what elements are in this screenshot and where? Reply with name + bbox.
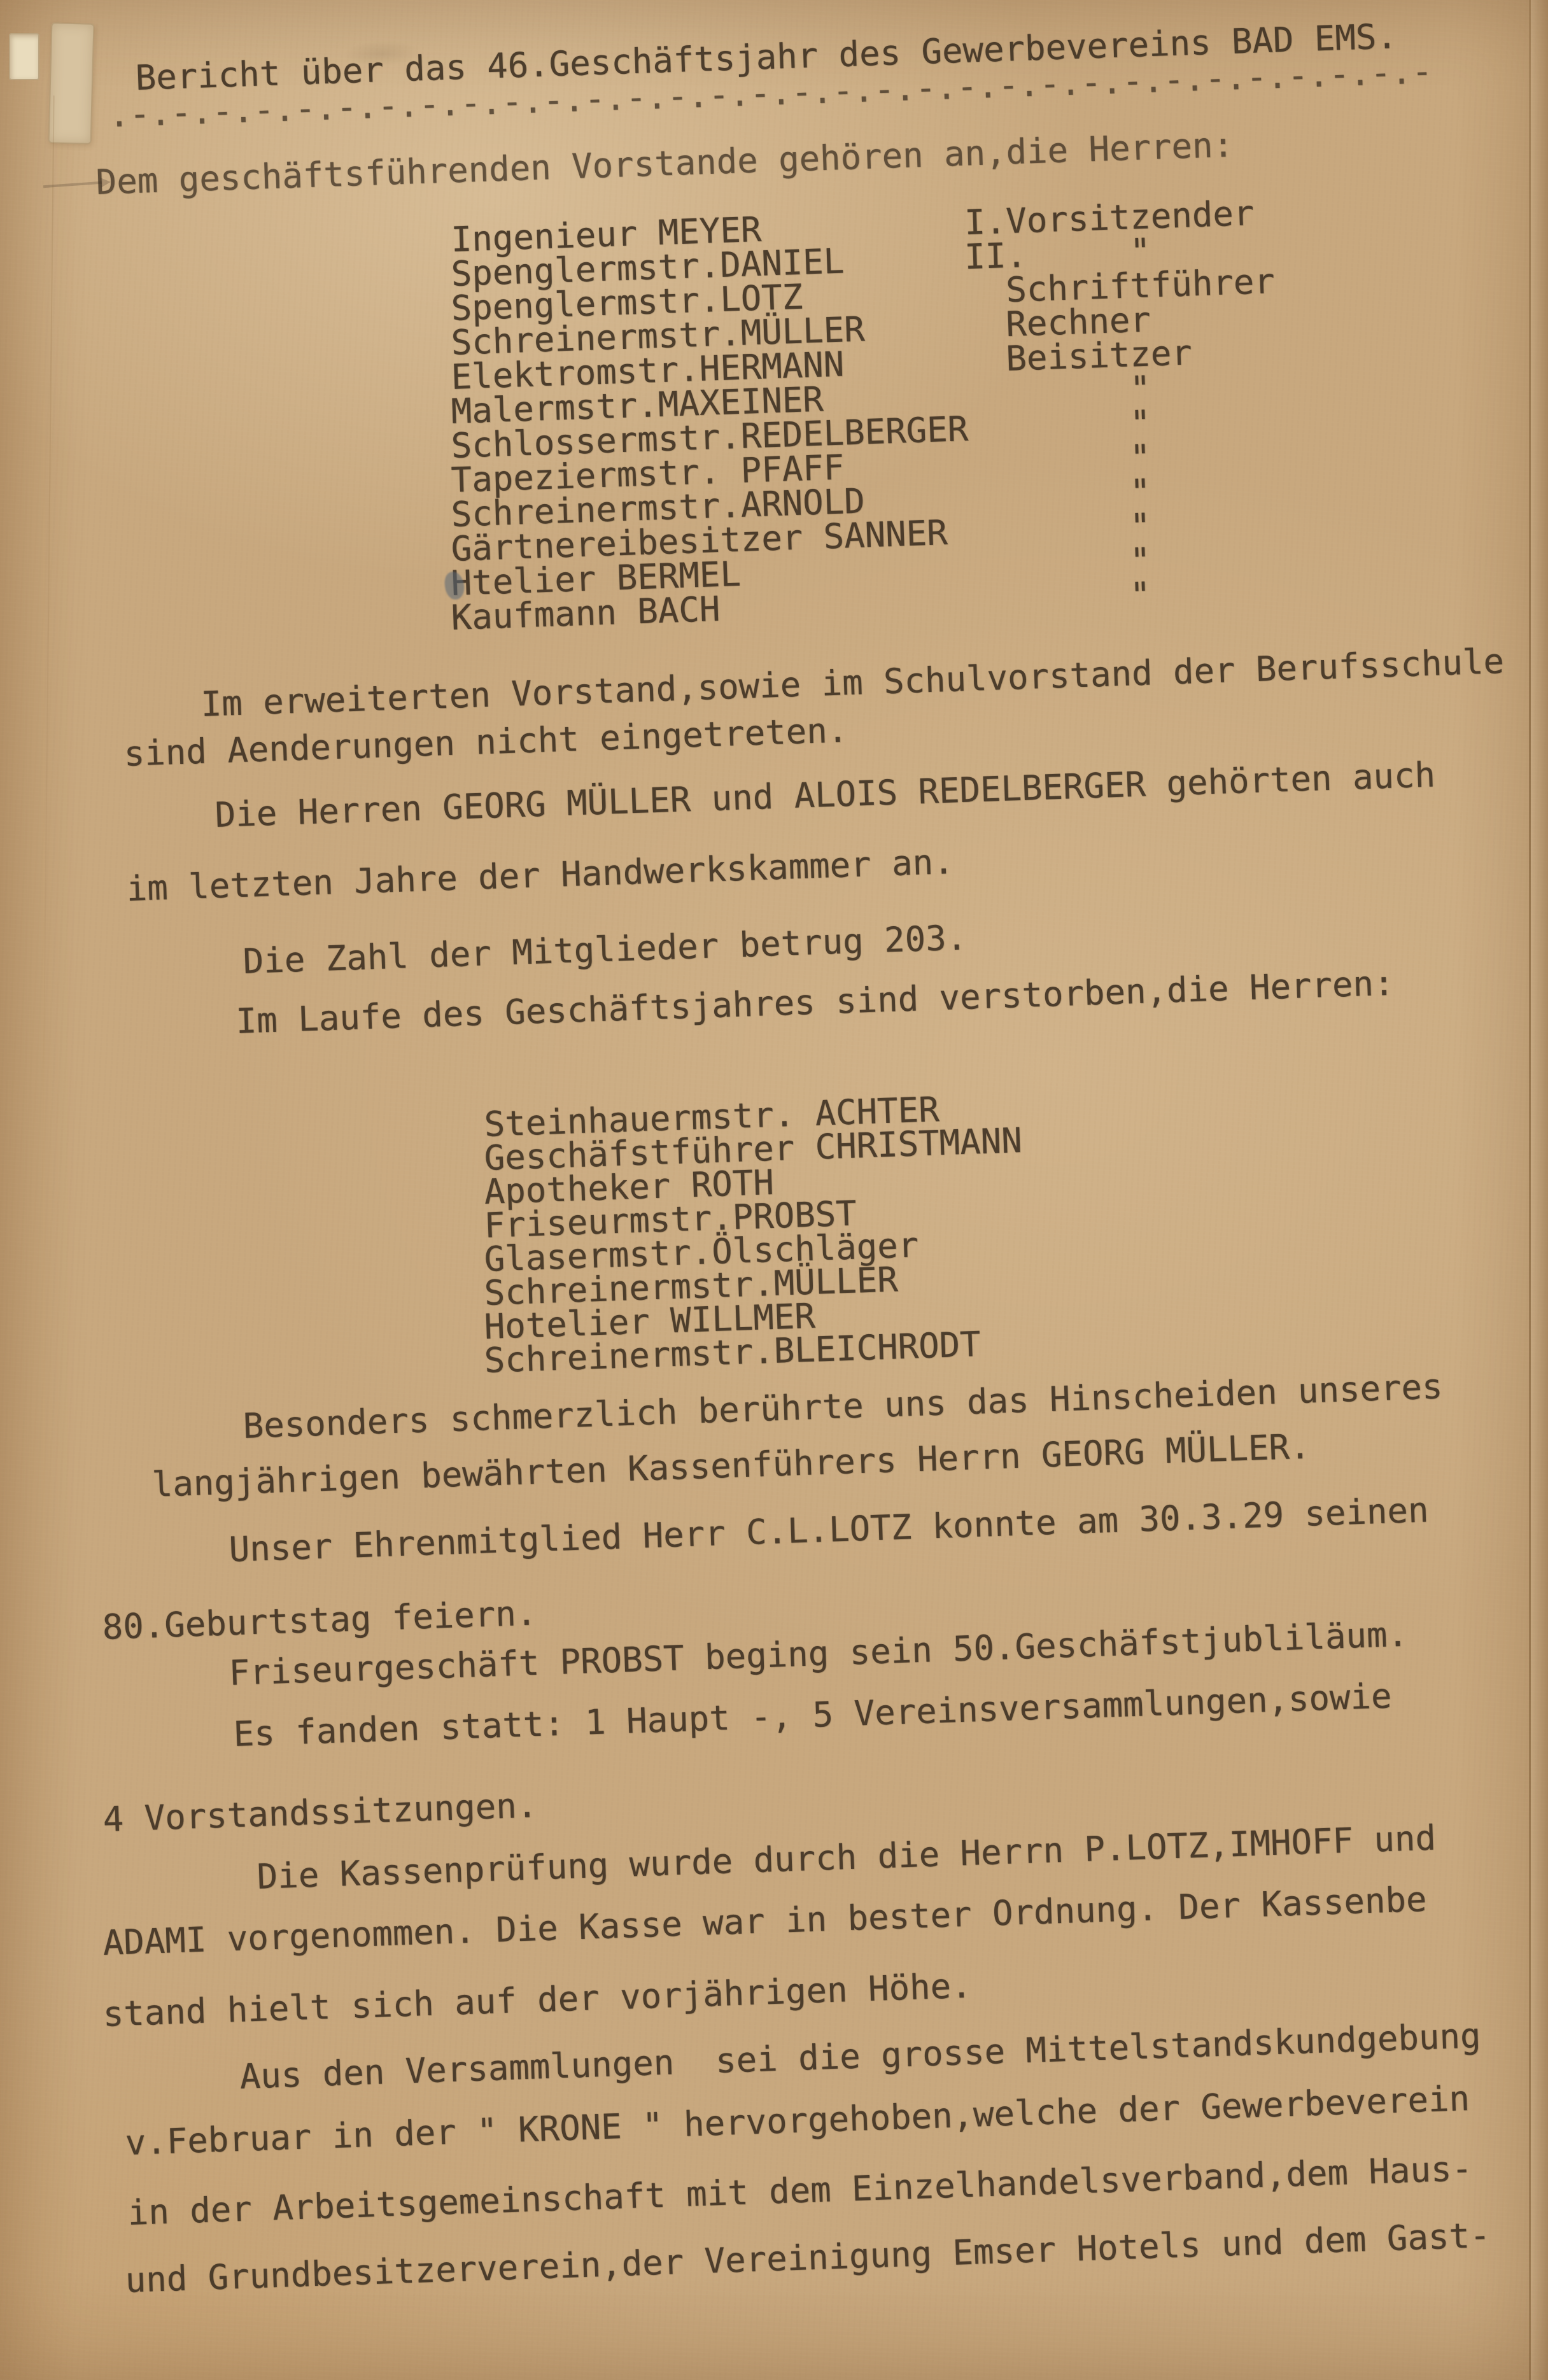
- text-line: Die Herren GEORG MÜLLER und ALOIS REDELB…: [215, 759, 1436, 831]
- text-line: Die Kassenprüfung wurde durch die Herrn …: [257, 1822, 1437, 1893]
- scanned-document-page: Bericht über das 46.Geschäftsjahr des Ge…: [0, 0, 1548, 2380]
- text-line: in der Arbeitsgemeinschaft mit dem Einze…: [127, 2153, 1473, 2229]
- text-line: Im Laufe des Geschäftsjahres sind versto…: [236, 968, 1395, 1038]
- intro-line: Dem geschäftsführenden Vorstande gehören…: [95, 129, 1234, 199]
- text-line: im letzten Jahre der Handwerkskammer an.: [126, 846, 954, 905]
- text-line: und Grundbesitzerverein,der Vereinigung …: [125, 2220, 1491, 2297]
- text-line: Es fanden statt: 1 Haupt -, 5 Vereinsver…: [233, 1680, 1392, 1750]
- board-member-row: Kaufmann BACH ": [451, 593, 721, 634]
- page-edge-strip: [1531, 0, 1548, 2380]
- text-line: 4 Vorstandssitzungen.: [102, 1789, 538, 1836]
- text-line: v.Februar in der " KRONE " hervorgehoben…: [125, 2083, 1470, 2159]
- tape-patch: [48, 22, 95, 144]
- text-line: Unser Ehrenmitglied Herr C.L.LOTZ konnte…: [229, 1494, 1429, 1565]
- board-member-name: Kaufmann BACH: [451, 589, 721, 638]
- text-line: 80.Geburtstag feiern.: [102, 1597, 537, 1644]
- text-line: Die Zahl der Mitglieder betrug 203.: [243, 922, 967, 978]
- board-member-role: ": [964, 579, 1151, 617]
- punch-hole: [9, 33, 39, 80]
- text-line: Aus den Versammlungen sei die grosse Mit…: [239, 2020, 1481, 2093]
- text-line: Im erweiterten Vorstand,sowie im Schulvo…: [201, 645, 1505, 721]
- paper-crease: [36, 95, 54, 1750]
- text-line: stand hielt sich auf der vorjährigen Höh…: [102, 1970, 972, 2031]
